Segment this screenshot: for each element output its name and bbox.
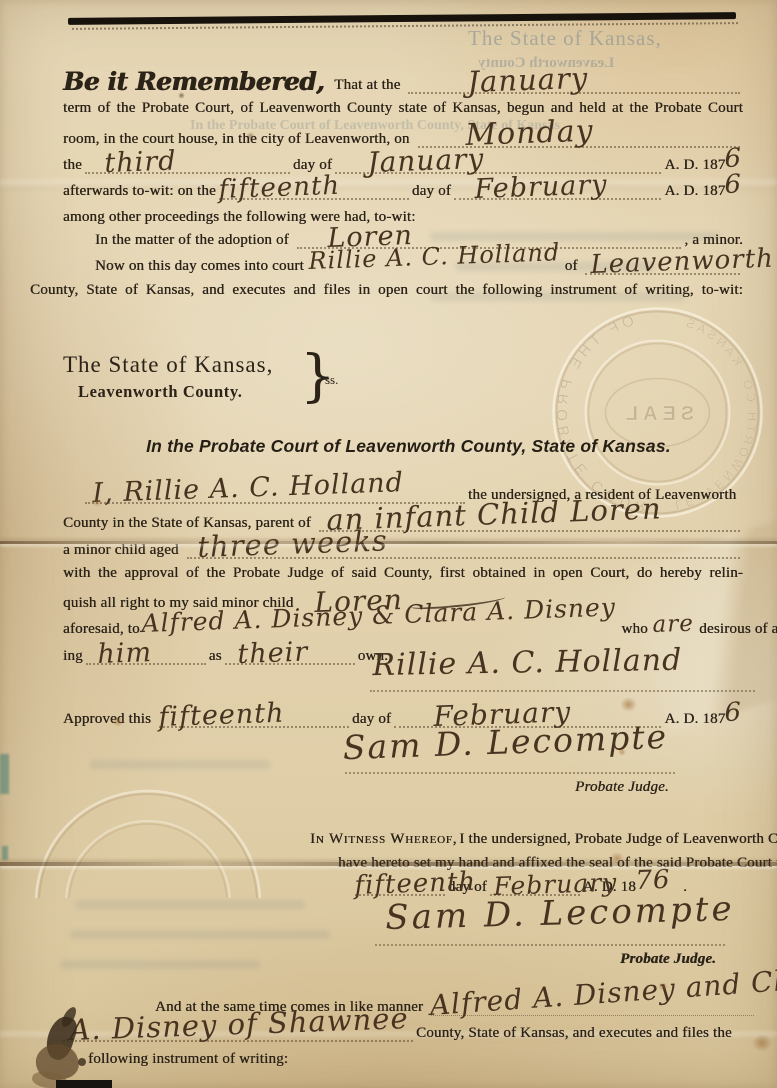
printed-text: a minor child aged (63, 542, 184, 559)
bleedthrough-state-line: The State of Kansas, (468, 26, 662, 51)
handwritten-weekday: Monday (465, 114, 594, 153)
handwritten-are: are (652, 611, 694, 638)
blank-fill: Leavenworth (585, 255, 740, 275)
scanned-probate-document: The State of Kansas, Leavenworth County … (0, 0, 777, 1088)
printed-text: room, in the court house, in the city of… (63, 131, 415, 148)
blank-fill: February (454, 180, 662, 200)
blue-edge-mark (2, 846, 8, 860)
printed-text: aforesaid, to (63, 621, 140, 638)
handwritten-year: 6 (724, 697, 743, 728)
handwritten-their: their (237, 637, 309, 670)
court-heading: In the Probate Court of Leavenworth Coun… (90, 436, 727, 457)
printed-text: afterwards to-wit: on the (63, 183, 216, 200)
printed-text: In the matter of the adoption of (95, 232, 294, 249)
foxing-spot (752, 1034, 772, 1052)
blank-fill: three weeks (187, 539, 740, 559)
blank-fill: January (335, 154, 661, 174)
blank-fill: him (86, 645, 206, 665)
blue-edge-mark (0, 754, 9, 794)
handwritten-day: third (104, 146, 177, 179)
handwritten-term-month: January (467, 61, 589, 99)
handwritten-age: three weeks (197, 523, 388, 564)
blackletter-phrase: Be it Remembered, (63, 67, 334, 96)
printed-text: Approved this (63, 711, 156, 728)
printed-text: who (618, 621, 650, 638)
blank-fill: fifteenth (219, 180, 409, 200)
printed-text: the (63, 157, 82, 174)
caption-county: Leavenworth County. (78, 382, 243, 402)
printed-text: A. D. 187 (664, 183, 725, 200)
relinquish-line-6: aforesaid, to Alfred A. Disney & Clara A… (63, 616, 743, 638)
blank-fill: January (408, 74, 740, 94)
relinquish-line-3: a minor child aged three weeks (63, 537, 743, 559)
caption-state: The State of Kansas, (63, 352, 273, 378)
bleedthrough-smudge (60, 960, 260, 969)
blank-fill: their (225, 645, 355, 665)
handwritten-year: 6 (724, 169, 743, 200)
handwritten-county: Leavenworth (590, 244, 774, 280)
ink-blot (30, 1010, 100, 1088)
blank-fill: third (85, 154, 290, 174)
blank-fill: fifteenth (159, 708, 349, 728)
printed-text: That at the (334, 77, 405, 96)
opening-line-5: afterwards to-wit: on the fifteenth day … (63, 178, 743, 200)
handwritten-month: January (367, 142, 485, 179)
printed-text: following instrument of writing: (88, 1051, 288, 1068)
handwritten-him: him (97, 637, 153, 670)
printed-text: as (209, 648, 222, 665)
signature-judge-2: Sam D. Lecompte (385, 889, 739, 1088)
caption-ss: ss. (325, 372, 338, 388)
bleedthrough-smudge (70, 930, 330, 939)
printed-text: ing (63, 648, 83, 665)
embossed-seal-fragment (18, 748, 278, 898)
opening-line-2: term of the Probate Court, of Leavenwort… (63, 100, 743, 122)
handwritten-day: fifteenth (218, 171, 341, 205)
svg-text:SEAL: SEAL (621, 403, 694, 425)
printed-text: Now on this day comes into court (95, 258, 309, 275)
relinquish-line-7: ing him as their own. (63, 643, 423, 665)
bleedthrough-smudge (75, 900, 305, 909)
matter-line-2: Now on this day comes into court Rillie … (95, 253, 743, 275)
printed-text: A. D. 187 (664, 157, 725, 174)
opening-line-4: the third day of January A. D. 187 6 (63, 152, 743, 174)
handwritten-day: fifteenth (158, 698, 285, 733)
printed-text: day of (412, 183, 451, 200)
matter-line-3: County, State of Kansas, and executes an… (30, 282, 743, 304)
bottom-edge-mark (56, 1080, 112, 1088)
handwritten-month: February (474, 169, 608, 205)
printed-text: of (561, 258, 582, 275)
opening-line-1: Be it Remembered, That at the January (63, 66, 743, 96)
relinquish-line-2: County in the State of Kansas, parent of… (63, 510, 743, 532)
closing-line-3: following instrument of writing: (88, 1046, 288, 1068)
printed-text: desirous of adopt (696, 621, 777, 638)
